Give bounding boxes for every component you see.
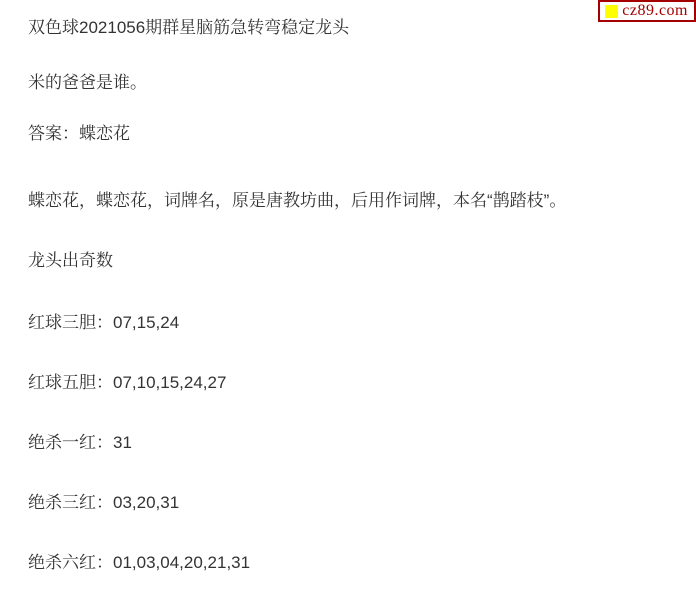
section-heading-dragon-head: 龙头出奇数 — [28, 251, 113, 271]
prediction-red-three-dan: 红球三胆：07,15,24 — [28, 313, 179, 333]
prediction-kill-three-red: 绝杀三红：03,20,31 — [28, 493, 179, 513]
prediction-kill-six-red: 绝杀六红：01,03,04,20,21,31 — [28, 553, 250, 573]
site-watermark-logo: cz89.com — [598, 0, 696, 22]
yellow-square-icon — [605, 5, 618, 18]
prediction-red-five-dan: 红球五胆：07,10,15,24,27 — [28, 373, 226, 393]
riddle-explanation: 蝶恋花，蝶恋花，词牌名，原是唐教坊曲，后用作词牌，本名“鹊踏枝”。 — [28, 191, 566, 211]
riddle-answer: 答案：蝶恋花 — [28, 124, 130, 144]
riddle-question: 米的爸爸是谁。 — [28, 73, 147, 93]
prediction-kill-one-red: 绝杀一红：31 — [28, 433, 132, 453]
article-page: cz89.com 双色球2021056期群星脑筋急转弯稳定龙头 米的爸爸是谁。 … — [0, 0, 696, 593]
site-watermark-text: cz89.com — [622, 3, 688, 19]
article-title: 双色球2021056期群星脑筋急转弯稳定龙头 — [28, 18, 349, 38]
